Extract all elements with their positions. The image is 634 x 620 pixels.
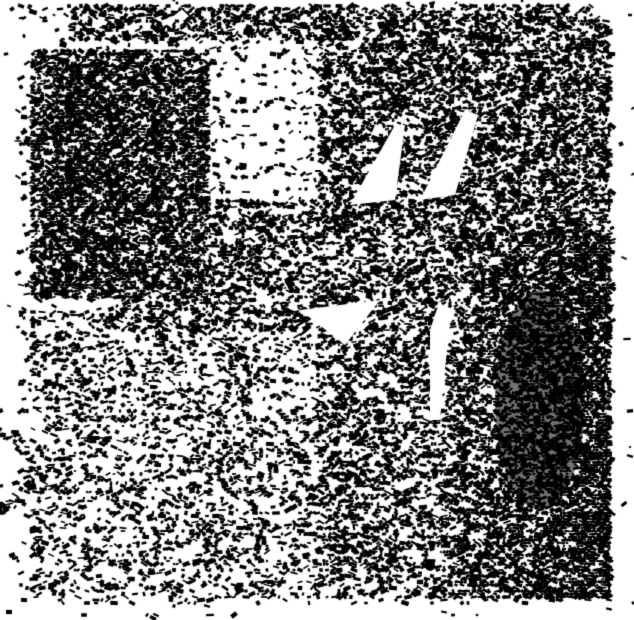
binarized-photo	[0, 0, 634, 620]
